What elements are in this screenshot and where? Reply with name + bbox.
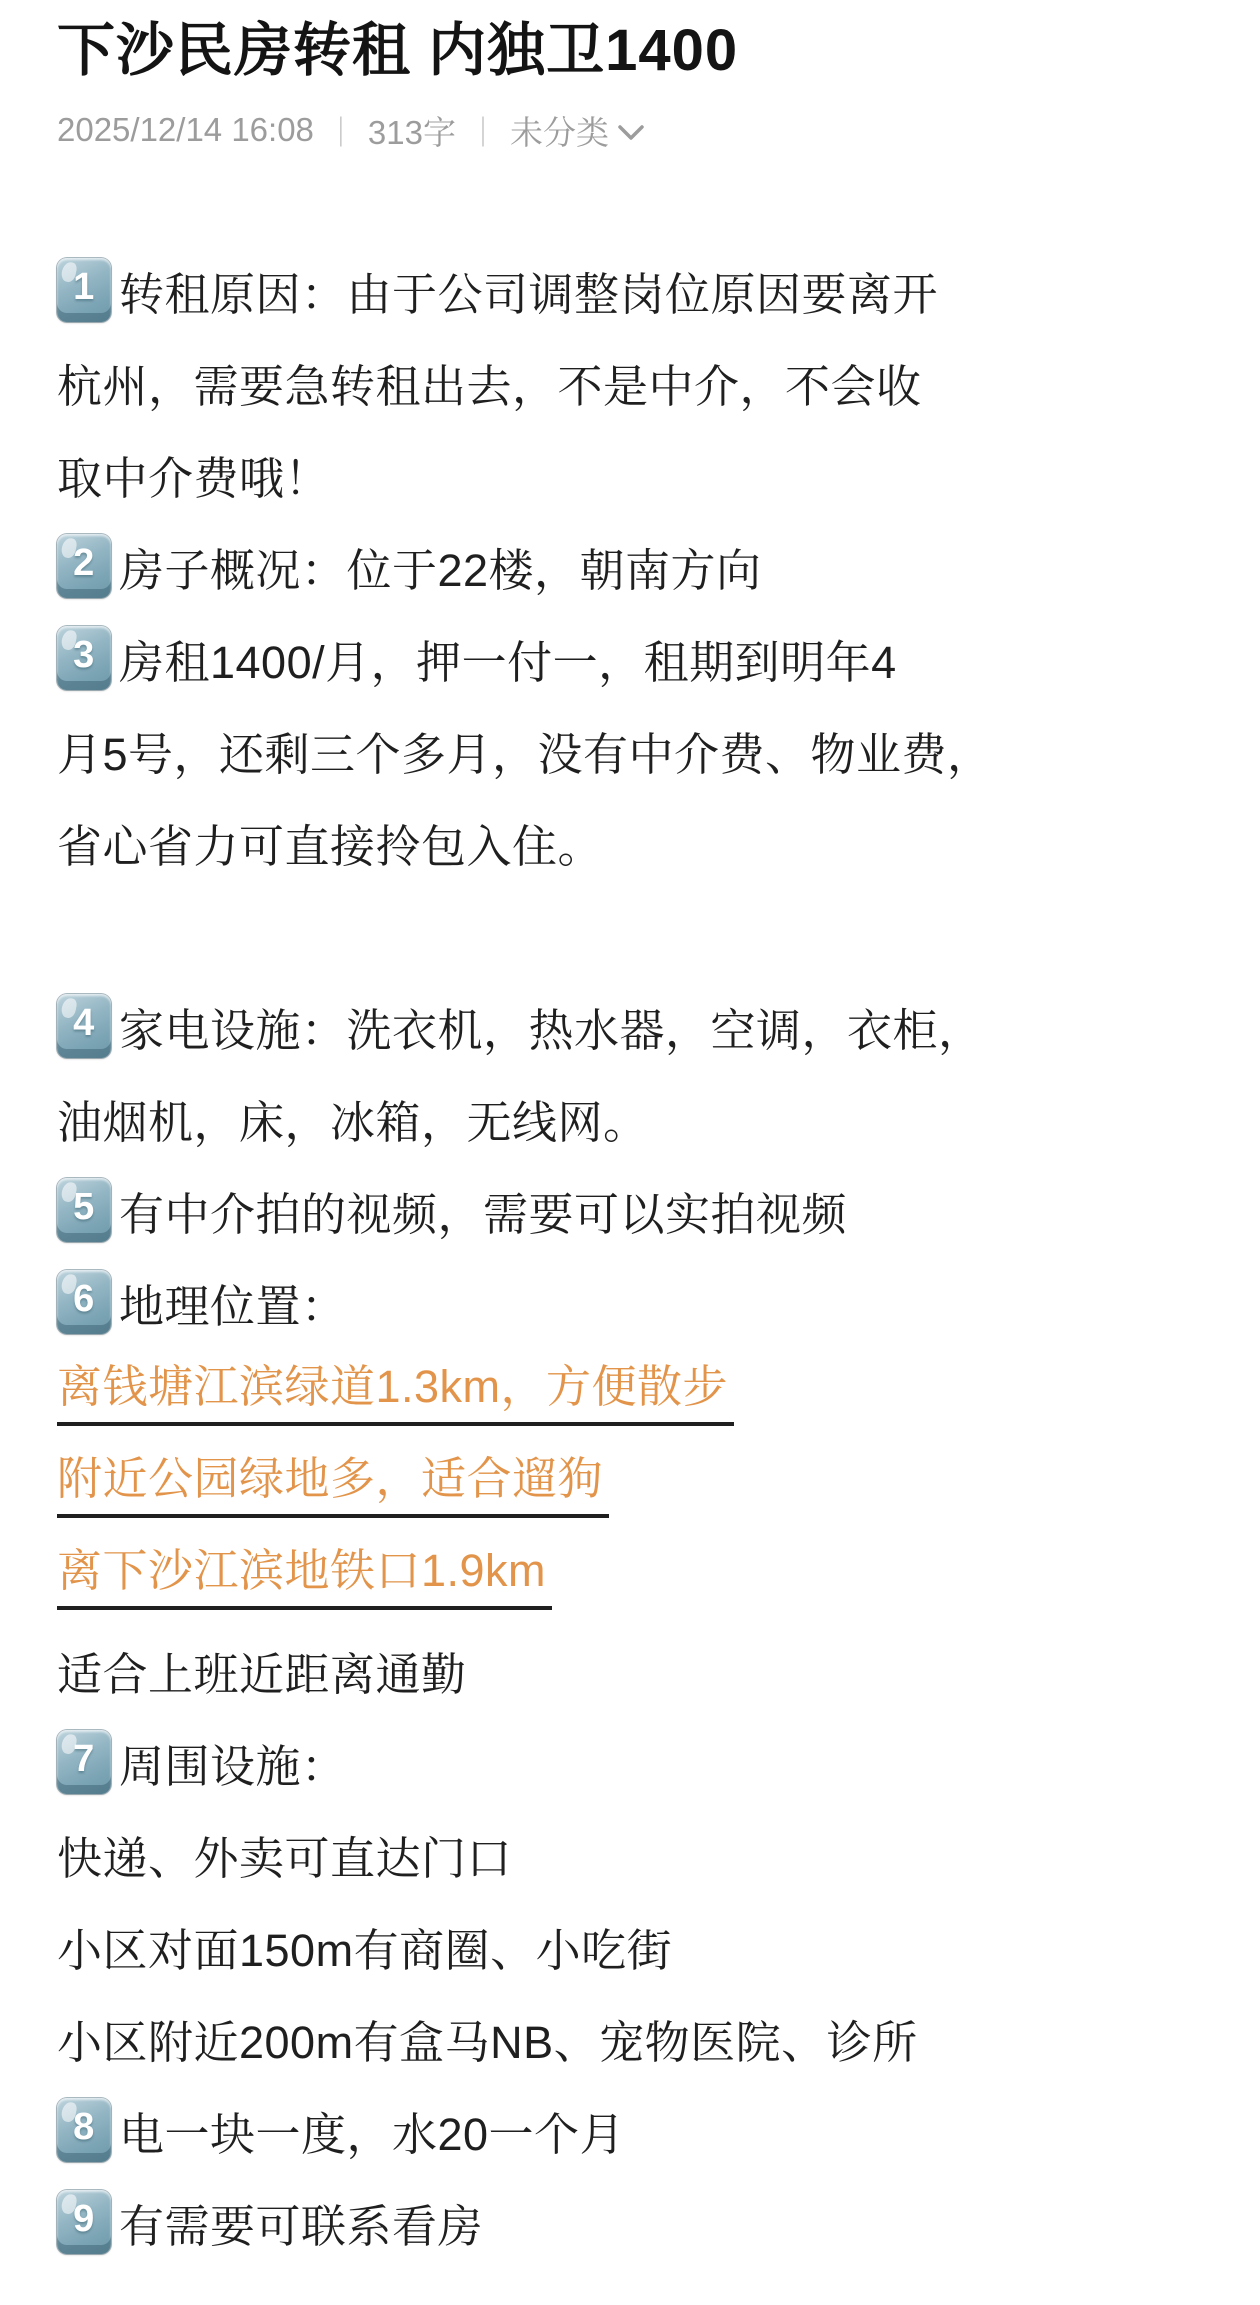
content-line: 杭州，需要急转租出去，不是中介，不会收 [57,336,1230,428]
line-text: 取中介费哦！ [57,442,330,507]
blank-line [57,888,1230,980]
line-text: 省心省力可直接拎包入住。 [57,810,603,875]
content-line: 油烟机，床，冰箱，无线网。 [57,1072,1230,1164]
note-title: 下沙民房转租 内独卫1400 [0,0,1260,88]
content-line: 取中介费哦！ [57,428,1230,520]
line-text: 小区附近200m有盒马NB、宠物医院、诊所 [57,2006,918,2071]
list-item: 2 房子概况：位于22楼，朝南方向 [57,520,1230,612]
category-label: 未分类 [510,107,609,154]
list-item: 6 地理位置： [57,1256,1230,1348]
keycap-number-icon: 6 [57,1270,111,1334]
keycap-number-icon: 1 [57,258,111,322]
note-datetime: 2025/12/14 16:08 [57,111,314,149]
content-line: 适合上班近距离通勤 [57,1624,1230,1716]
line-text: 家电设施：洗衣机，热水器，空调，衣柜， [119,994,984,1059]
list-item: 1 转租原因：由于公司调整岗位原因要离开 [57,244,1230,336]
keycap-number-icon: 2 [57,534,111,598]
line-text: 杭州，需要急转租出去，不是中介，不会收 [57,350,922,415]
keycap-number-icon: 4 [57,994,111,1058]
line-text: 适合上班近距离通勤 [57,1638,467,1703]
line-text: 月5号，还剩三个多月，没有中介费、物业费， [57,718,993,783]
meta-separator: ｜ [326,108,356,152]
line-text: 周围设施： [119,1730,347,1795]
content-line: 小区附近200m有盒马NB、宠物医院、诊所 [57,1992,1230,2084]
line-text: 油烟机，床，冰箱，无线网。 [57,1086,649,1151]
note-body: 1 转租原因：由于公司调整岗位原因要离开 杭州，需要急转租出去，不是中介，不会收… [0,244,1260,2268]
location-link[interactable]: 附近公园绿地多，适合遛狗 [57,1454,609,1518]
location-link[interactable]: 离钱塘江滨绿道1.3km，方便散步 [57,1362,734,1426]
line-text: 有需要可联系看房 [119,2190,483,2255]
line-text: 转租原因：由于公司调整岗位原因要离开 [119,258,938,323]
content-line: 离钱塘江滨绿道1.3km，方便散步 [57,1348,1230,1440]
keycap-number-icon: 8 [57,2098,111,2162]
meta-separator: ｜ [468,108,498,152]
list-item: 8 电一块一度，水20一个月 [57,2084,1230,2176]
category-selector[interactable]: 未分类 [510,107,645,154]
keycap-number-icon: 7 [57,1730,111,1794]
keycap-number-icon: 5 [57,1178,111,1242]
chevron-down-icon [617,113,645,151]
content-line: 月5号，还剩三个多月，没有中介费、物业费， [57,704,1230,796]
line-text: 有中介拍的视频，需要可以实拍视频 [119,1178,847,1243]
note-meta-bar: 2025/12/14 16:08 ｜ 313字 ｜ 未分类 [57,108,1203,152]
keycap-number-icon: 9 [57,2190,111,2254]
line-text: 地理位置： [119,1270,347,1335]
list-item: 4 家电设施：洗衣机，热水器，空调，衣柜， [57,980,1230,1072]
line-text: 快递、外卖可直达门口 [57,1822,512,1887]
keycap-number-icon: 3 [57,626,111,690]
line-text: 电一块一度，水20一个月 [119,2098,625,2163]
content-line: 小区对面150m有商圈、小吃街 [57,1900,1230,1992]
line-text: 房子概况：位于22楼，朝南方向 [119,534,762,599]
location-link[interactable]: 离下沙江滨地铁口1.9km [57,1546,552,1610]
line-text: 房租1400/月，押一付一，租期到明年4 [119,626,897,691]
content-line: 附近公园绿地多，适合遛狗 [57,1440,1230,1532]
line-text: 小区对面150m有商圈、小吃街 [57,1914,672,1979]
list-item: 9 有需要可联系看房 [57,2176,1230,2268]
list-item: 3 房租1400/月，押一付一，租期到明年4 [57,612,1230,704]
content-line: 省心省力可直接拎包入住。 [57,796,1230,888]
list-item: 5 有中介拍的视频，需要可以实拍视频 [57,1164,1230,1256]
content-line: 快递、外卖可直达门口 [57,1808,1230,1900]
list-item: 7 周围设施： [57,1716,1230,1808]
note-page: 下沙民房转租 内独卫1400 2025/12/14 16:08 ｜ 313字 ｜… [0,0,1260,2305]
word-count: 313字 [368,107,456,154]
content-line: 离下沙江滨地铁口1.9km [57,1532,1230,1624]
